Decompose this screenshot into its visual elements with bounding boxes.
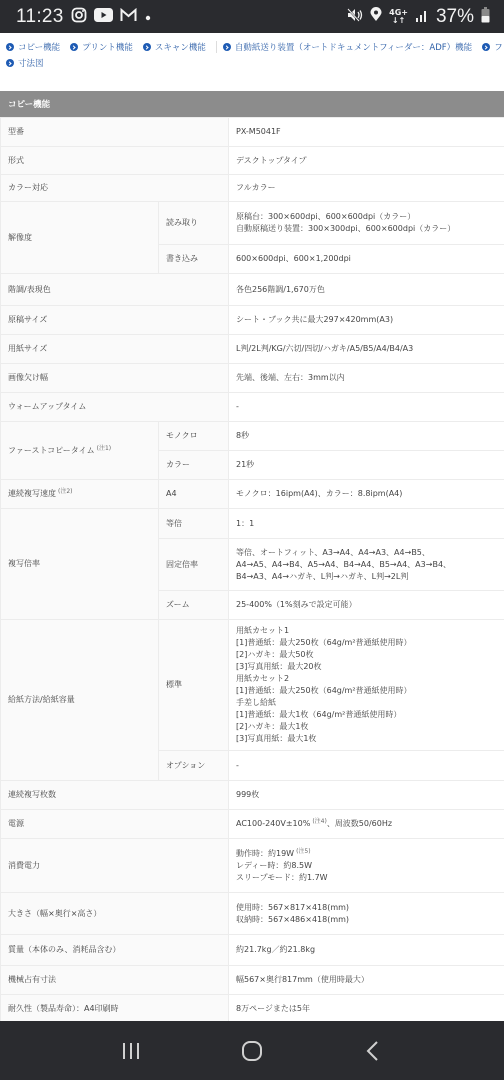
row-sublabel: ズーム (159, 591, 229, 620)
table-row: 画像欠け幅 先端、後端、左右：3mm以内 (1, 364, 504, 393)
gmail-icon (120, 7, 137, 26)
footnote-link[interactable]: (注5) (296, 848, 311, 855)
table-row: 連続複写枚数 999枚 (1, 781, 504, 810)
row-label: 給紙方法/給紙容量 (1, 620, 159, 781)
row-label: カラー対応 (1, 175, 229, 202)
row-value: 25-400%（1%刻みで設定可能） (229, 591, 504, 620)
nav-link-print[interactable]: プリント機能 (70, 41, 133, 53)
circle-chevron-icon (6, 59, 14, 67)
instagram-icon (71, 7, 87, 27)
table-row: カラー対応 フルカラー (1, 175, 504, 202)
home-icon (241, 1040, 263, 1062)
row-sublabel: A4 (159, 480, 229, 509)
row-value: デスクトップタイプ (229, 147, 504, 175)
circle-chevron-icon (6, 43, 14, 51)
row-value: 動作時：約19W(注5) レディー時：約8.5W スリープモード：約1.7W (229, 839, 504, 893)
nav-link-adf[interactable]: 自動紙送り装置（オートドキュメントフィーダー：ADF）機能 (216, 41, 472, 53)
section-header: コピー機能 (0, 91, 504, 117)
row-value: 先端、後端、左右：3mm以内 (229, 364, 504, 393)
table-row: 複写倍率 等倍 1：1 (1, 509, 504, 539)
row-label: 型番 (1, 118, 229, 147)
row-label: 画像欠け幅 (1, 364, 229, 393)
row-value: シート・ブック共に最大297×420mm(A3) (229, 306, 504, 335)
table-row: 機械占有寸法 幅567×奥行817mm（使用時最大） (1, 966, 504, 995)
recents-button[interactable] (111, 1031, 151, 1071)
row-label: ウォームアップタイム (1, 393, 229, 422)
row-value: 各色256階調/1,670万色 (229, 274, 504, 306)
row-value: 用紙カセット1 [1]普通紙：最大250枚（64g/m²普通紙使用時） [2]ハ… (229, 620, 504, 751)
row-label: ファーストコピータイム(注1) (1, 422, 159, 480)
row-sublabel: 等倍 (159, 509, 229, 539)
row-label: 複写倍率 (1, 509, 159, 620)
table-row: 型番 PX-M5041F (1, 118, 504, 147)
row-value: - (229, 393, 504, 422)
mute-icon (347, 7, 363, 26)
row-label: 連続複写枚数 (1, 781, 229, 810)
recents-icon (120, 1040, 142, 1062)
signal-icon (415, 7, 429, 26)
nav-link-copy[interactable]: コピー機能 (6, 41, 60, 53)
status-left: 11:23 (16, 6, 152, 28)
youtube-icon (94, 7, 113, 26)
row-label: 消費電力 (1, 839, 229, 893)
row-value: 幅567×奥行817mm（使用時最大） (229, 966, 504, 995)
row-value: 21秒 (229, 451, 504, 480)
circle-chevron-icon (70, 43, 78, 51)
battery-percentage: 37% (436, 6, 474, 28)
row-sublabel: 固定倍率 (159, 539, 229, 591)
table-row: 用紙サイズ L判/2L判/KG/六切/四切/ハガキ/A5/B5/A4/B4/A3 (1, 335, 504, 364)
spec-table: 型番 PX-M5041F 形式 デスクトップタイプ カラー対応 フルカラー 解像… (0, 117, 504, 1024)
row-value: 600×600dpi、600×1,200dpi (229, 245, 504, 274)
4g-icon: 4G+ ↓↑ (389, 9, 408, 25)
circle-chevron-icon (223, 43, 231, 51)
nav-row-1: コピー機能 プリント機能 スキャン機能 自動紙送り装置（オートドキュメントフィー… (6, 39, 504, 55)
row-label: 電源 (1, 810, 229, 839)
row-label: 機械占有寸法 (1, 966, 229, 995)
table-row: 連続複写速度(注2) A4 モノクロ：16ipm(A4)、カラー：8.8ipm(… (1, 480, 504, 509)
row-value: L判/2L判/KG/六切/四切/ハガキ/A5/B5/A4/B4/A3 (229, 335, 504, 364)
row-value: - (229, 751, 504, 781)
circle-chevron-icon (143, 43, 151, 51)
row-sublabel: 書き込み (159, 245, 229, 274)
row-sublabel: モノクロ (159, 422, 229, 451)
table-row: 階調/表現色 各色256階調/1,670万色 (1, 274, 504, 306)
location-icon (370, 7, 382, 26)
battery-icon (481, 7, 490, 27)
table-row: ファーストコピータイム(注1) モノクロ 8秒 (1, 422, 504, 451)
footnote-link[interactable]: (注1) (97, 445, 112, 452)
table-row: 給紙方法/給紙容量 標準 用紙カセット1 [1]普通紙：最大250枚（64g/m… (1, 620, 504, 751)
nav-row-2: 寸法図 (6, 55, 504, 71)
circle-chevron-icon (482, 43, 490, 51)
row-label: 解像度 (1, 202, 159, 274)
row-label: 連続複写速度(注2) (1, 480, 159, 509)
row-value: 8万ページまたは5年 (229, 995, 504, 1024)
table-row: 質量（本体のみ、消耗品含む） 約21.7kg／約21.8kg (1, 935, 504, 966)
row-value: 約21.7kg／約21.8kg (229, 935, 504, 966)
status-right: 4G+ ↓↑ 37% (347, 6, 490, 28)
row-label: 原稿サイズ (1, 306, 229, 335)
row-sublabel: 標準 (159, 620, 229, 751)
row-value: 等倍、オートフィット、A3→A4、A4→A3、A4→B5、 A4→A5、A4→B… (229, 539, 504, 591)
back-icon (362, 1040, 384, 1062)
row-sublabel: 読み取り (159, 202, 229, 245)
row-value: PX-M5041F (229, 118, 504, 147)
nav-link-dimensions-diagram[interactable]: 寸法図 (6, 57, 44, 69)
page-anchor-nav: コピー機能 プリント機能 スキャン機能 自動紙送り装置（オートドキュメントフィー… (0, 33, 504, 75)
row-label: 階調/表現色 (1, 274, 229, 306)
back-button[interactable] (353, 1031, 393, 1071)
nav-link-scan[interactable]: スキャン機能 (143, 41, 206, 53)
table-row: 原稿サイズ シート・ブック共に最大297×420mm(A3) (1, 306, 504, 335)
row-value: 使用時：567×817×418(mm) 収納時：567×486×418(mm) (229, 893, 504, 935)
dot-icon (144, 7, 152, 26)
table-row: 解像度 読み取り 原稿台：300×600dpi、600×600dpi（カラー） … (1, 202, 504, 245)
row-sublabel: カラー (159, 451, 229, 480)
table-row: 消費電力 動作時：約19W(注5) レディー時：約8.5W スリープモード：約1… (1, 839, 504, 893)
row-value: モノクロ：16ipm(A4)、カラー：8.8ipm(A4) (229, 480, 504, 509)
table-row: 耐久性（製品寿命）：A4印刷時 8万ページまたは5年 (1, 995, 504, 1024)
footnote-link[interactable]: (注4) (312, 818, 327, 825)
row-value: 8秒 (229, 422, 504, 451)
home-button[interactable] (232, 1031, 272, 1071)
table-row: 形式 デスクトップタイプ (1, 147, 504, 175)
row-value: AC100-240V±10%(注4)、周波数50/60Hz (229, 810, 504, 839)
spec-section: コピー機能 型番 PX-M5041F 形式 デスクトップタイプ カラー対応 フル… (0, 91, 504, 1024)
row-value: 1：1 (229, 509, 504, 539)
row-label: 形式 (1, 147, 229, 175)
nav-link-fax[interactable]: ファクス機能 (482, 41, 504, 53)
row-value: 原稿台：300×600dpi、600×600dpi（カラー） 自動原稿送り装置：… (229, 202, 504, 245)
table-row: 電源 AC100-240V±10%(注4)、周波数50/60Hz (1, 810, 504, 839)
status-bar: 11:23 4G+ ↓↑ 37% (0, 0, 504, 33)
status-time: 11:23 (16, 6, 64, 28)
row-label: 用紙サイズ (1, 335, 229, 364)
table-row: 大きさ（幅×奥行×高さ） 使用時：567×817×418(mm) 収納時：567… (1, 893, 504, 935)
system-nav-bar (0, 1021, 504, 1080)
row-label: 大きさ（幅×奥行×高さ） (1, 893, 229, 935)
row-value: フルカラー (229, 175, 504, 202)
row-label: 質量（本体のみ、消耗品含む） (1, 935, 229, 966)
table-row: ウォームアップタイム - (1, 393, 504, 422)
row-value: 999枚 (229, 781, 504, 810)
row-sublabel: オプション (159, 751, 229, 781)
row-label: 耐久性（製品寿命）：A4印刷時 (1, 995, 229, 1024)
footnote-link[interactable]: (注2) (58, 488, 73, 495)
